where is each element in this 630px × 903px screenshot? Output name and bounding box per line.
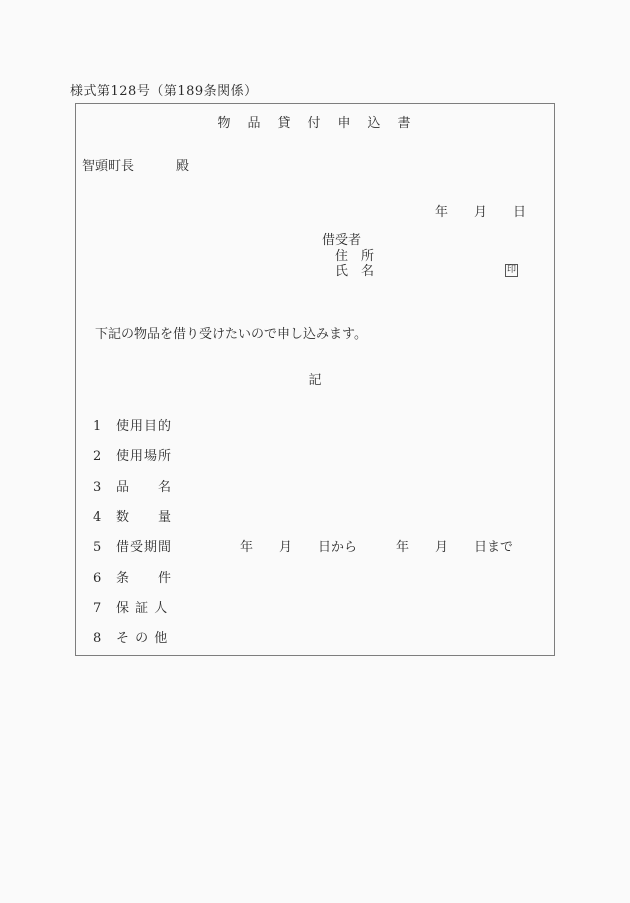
addressee-name: 智頭町長 xyxy=(82,159,134,174)
item-number: 6 xyxy=(93,571,116,586)
applicant-role-label: 借受者 xyxy=(322,233,374,249)
list-item: 1 使用目的 xyxy=(93,415,240,434)
list-item: 5 借受期間 年 月 日から 年 月 日まで xyxy=(93,536,513,555)
item-number: 3 xyxy=(93,480,116,495)
applicant-address-label: 住 所 xyxy=(322,249,374,265)
list-marker: 記 xyxy=(76,369,554,388)
item-label: 条 件 xyxy=(116,567,172,586)
list-item: 7 保 証 人 xyxy=(93,597,236,616)
applicant-name-label: 氏 名 xyxy=(322,264,374,280)
item-label: 数 量 xyxy=(116,506,172,525)
document-title: 物 品 貸 付 申 込 書 xyxy=(76,112,554,131)
item-number: 5 xyxy=(93,540,116,555)
seal-mark: 印 xyxy=(505,264,518,277)
item-detail-loan-period: 年 月 日から 年 月 日まで xyxy=(240,536,513,555)
item-number: 7 xyxy=(93,601,116,616)
item-number: 1 xyxy=(93,419,116,434)
item-number: 8 xyxy=(93,631,116,646)
form-number: 様式第128号（第189条関係） xyxy=(70,80,258,99)
applicant-block: 借受者 住 所 氏 名 xyxy=(322,233,374,280)
item-number: 4 xyxy=(93,510,116,525)
date-line: 年 月 日 xyxy=(435,201,526,220)
item-label: 品 名 xyxy=(116,476,172,495)
form-border-box: 物 品 貸 付 申 込 書 智頭町長殿 年 月 日 借受者 住 所 氏 名 印 … xyxy=(75,103,555,656)
addressee-row: 智頭町長殿 xyxy=(82,155,189,174)
item-label: 保 証 人 xyxy=(116,597,168,616)
item-label: 使用場所 xyxy=(116,445,172,464)
item-label: 使用目的 xyxy=(116,415,172,434)
list-item: 8 そ の 他 xyxy=(93,627,236,646)
addressee-honorific: 殿 xyxy=(176,159,189,174)
item-number: 2 xyxy=(93,449,116,464)
document-page: { "colors": { "paper": "#fafafa", "ink":… xyxy=(0,0,630,903)
body-text: 下記の物品を借り受けたいので申し込みます。 xyxy=(95,323,367,342)
item-label: そ の 他 xyxy=(116,627,168,646)
list-item: 4 数 量 xyxy=(93,506,240,525)
list-item: 6 条 件 xyxy=(93,567,240,586)
list-item: 2 使用場所 xyxy=(93,445,240,464)
list-item: 3 品 名 xyxy=(93,476,240,495)
item-label: 借受期間 xyxy=(116,536,172,555)
